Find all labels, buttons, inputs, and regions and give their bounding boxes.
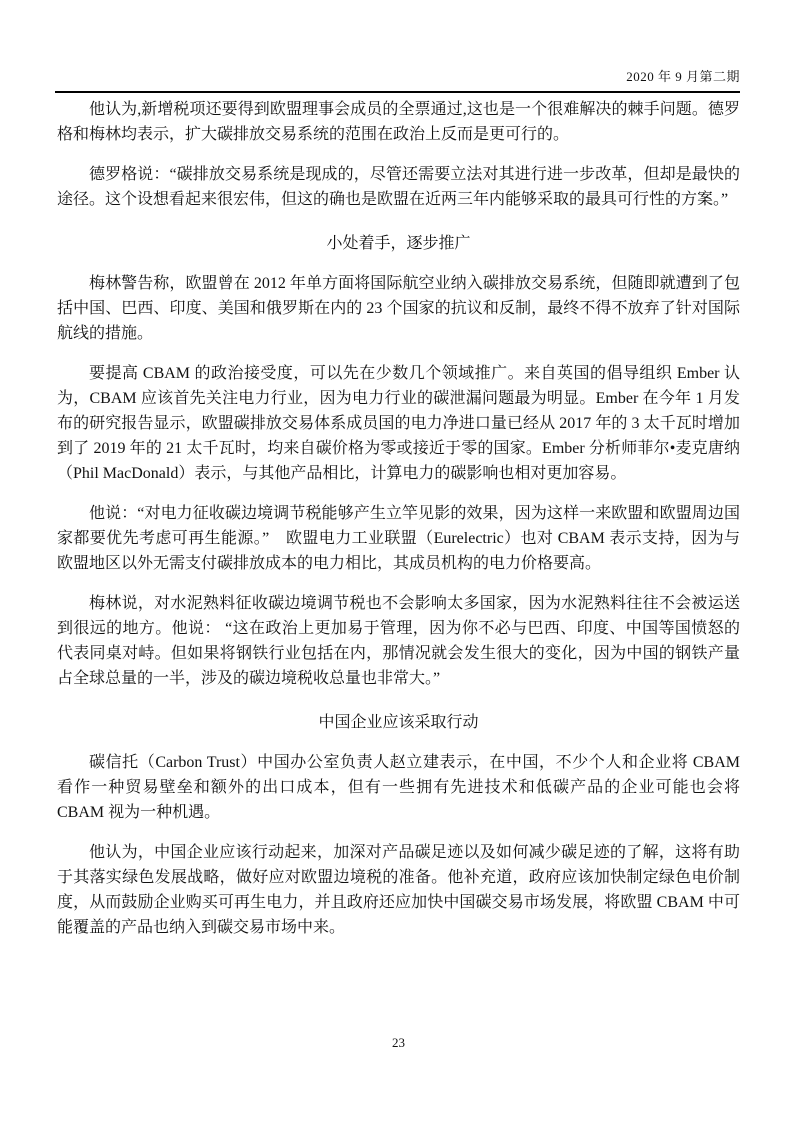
- body-paragraph: 他说：“对电力征收碳边境调节税能够产生立竿见影的效果，因为这样一来欧盟和欧盟周边…: [57, 501, 740, 576]
- body-paragraph: 他认为，中国企业应该行动起来，加深对产品碳足迹以及如何减少碳足迹的了解，这将有助…: [57, 840, 740, 940]
- header-rule: [55, 91, 740, 93]
- document-page: 2020 年 9 月第二期 他认为,新增税项还要得到欧盟理事会成员的全票通过,这…: [0, 0, 793, 1122]
- article-body: 他认为,新增税项还要得到欧盟理事会成员的全票通过,这也是一个很难解决的棘手问题。…: [57, 97, 740, 955]
- body-paragraph: 碳信托（Carbon Trust）中国办公室负责人赵立建表示，在中国，不少个人和…: [57, 750, 740, 825]
- body-paragraph: 要提高 CBAM 的政治接受度，可以先在少数几个领域推广。来自英国的倡导组织 E…: [57, 361, 740, 486]
- page-header: 2020 年 9 月第二期: [55, 0, 740, 93]
- page-number: 23: [392, 1035, 405, 1050]
- body-paragraph: 梅林说，对水泥熟料征收碳边境调节税也不会影响太多国家，因为水泥熟料往往不会被运送…: [57, 591, 740, 691]
- body-paragraph: 他认为,新增税项还要得到欧盟理事会成员的全票通过,这也是一个很难解决的棘手问题。…: [57, 97, 740, 147]
- body-paragraph: 德罗格说：“碳排放交易系统是现成的，尽管还需要立法对其进行进一步改革，但却是最快…: [57, 162, 740, 212]
- issue-label: 2020 年 9 月第二期: [55, 0, 740, 85]
- body-paragraph: 梅林警告称，欧盟曾在 2012 年单方面将国际航空业纳入碳排放交易系统，但随即就…: [57, 271, 740, 346]
- section-heading: 小处着手，逐步推广: [57, 231, 740, 256]
- section-heading: 中国企业应该采取行动: [57, 710, 740, 735]
- page-footer: 23: [57, 1035, 740, 1051]
